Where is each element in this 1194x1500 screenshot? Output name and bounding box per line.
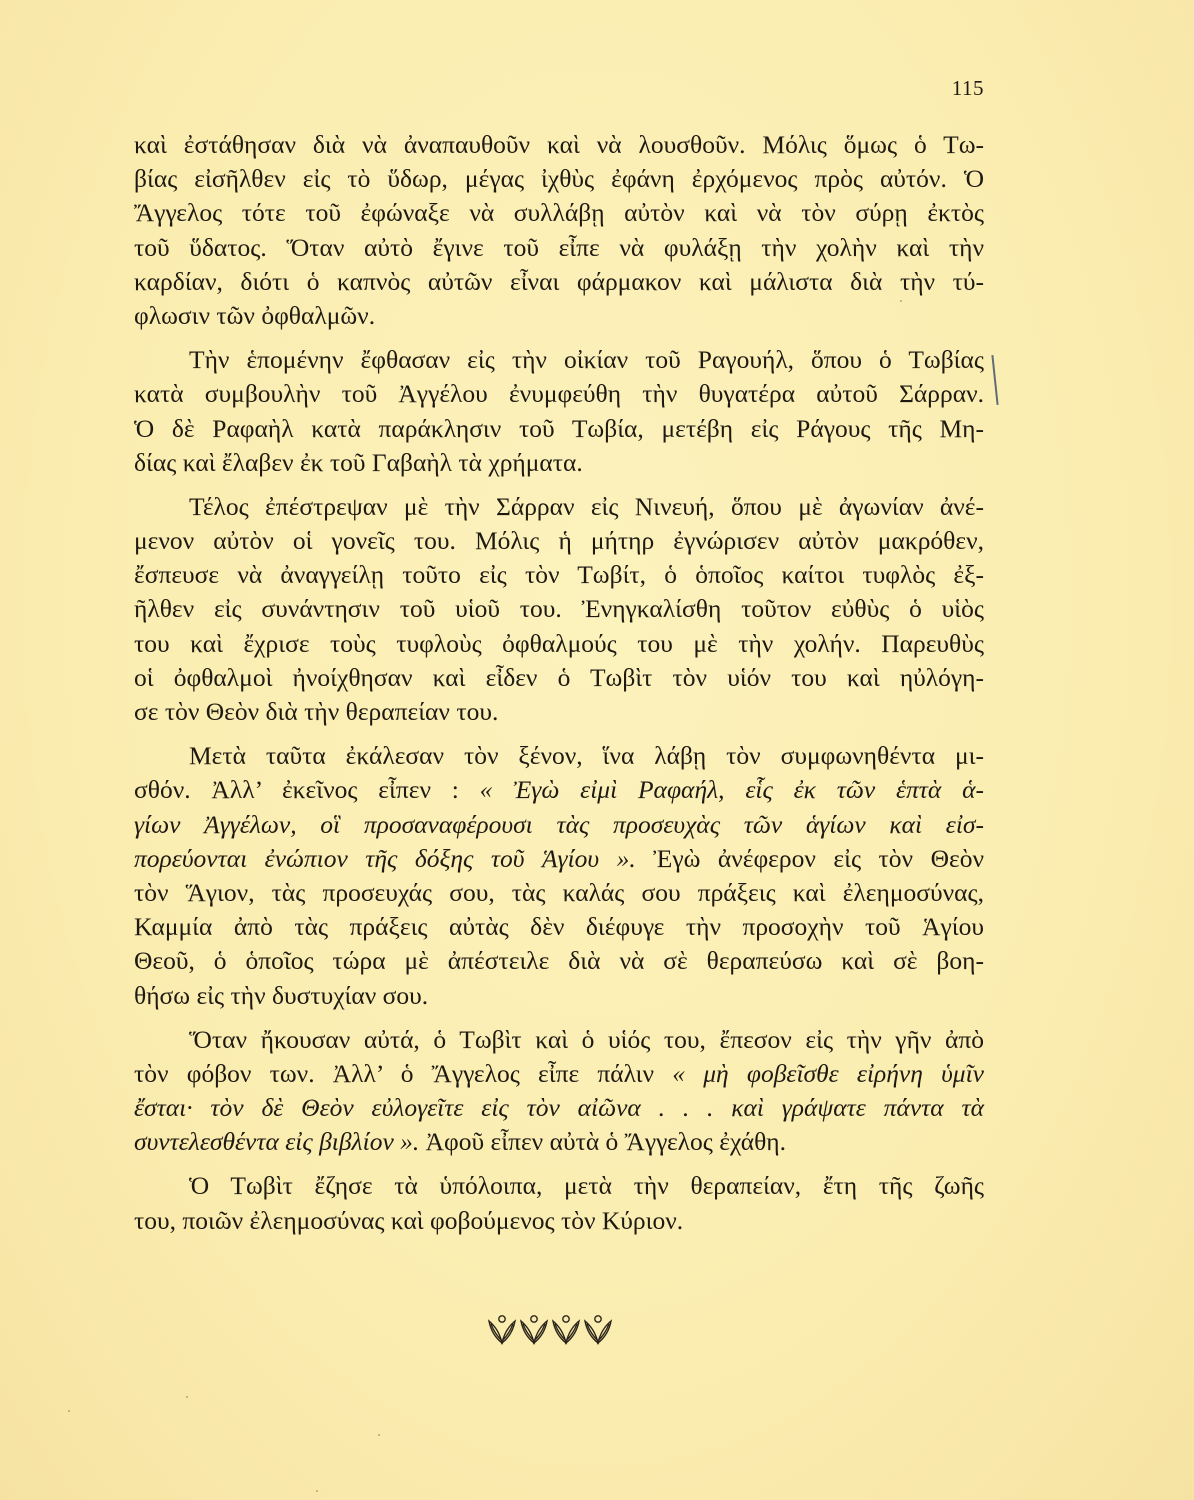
tulip-fleuron-icon: [519, 1312, 549, 1350]
tulip-fleuron-icon: [551, 1312, 581, 1350]
paragraph-gap: [134, 729, 984, 739]
quoted-italic-text: γίων Ἀγγέλων, οἳ προσαναφέρουσι τὰς προσ…: [134, 810, 984, 839]
text-line: βίας εἰσῆλθεν εἰς τὸ ὕδωρ, μέγας ἰχθὺς ἐ…: [134, 162, 984, 196]
quoted-italic-text: πορεύονται ἐνώπιον τῆς δόξης τοῦ Ἁγίου »…: [134, 844, 636, 873]
paragraph-gap: [134, 1159, 984, 1169]
text-line: Ὁ Τωβὶτ ἔζησε τὰ ὑπόλοιπα, μετὰ τὴν θερα…: [134, 1169, 984, 1203]
text-line: σθόν. Ἀλλ’ ἐκεῖνος εἶπεν : « Ἐγὼ εἰμὶ Ρα…: [134, 773, 984, 807]
text-segment: Ὁ δὲ Ραφαὴλ κατὰ παράκλησιν τοῦ Τωβία, μ…: [134, 414, 984, 443]
paper-speck: [900, 300, 902, 302]
text-segment: Θεοῦ, ὁ ὁποῖος τώρα μὲ ἀπέστειλε διὰ νὰ …: [134, 946, 984, 975]
end-ornament: [487, 1312, 613, 1350]
text-line: δίας καὶ ἔλαβεν ἐκ τοῦ Γαβαὴλ τὰ χρήματα…: [134, 446, 984, 480]
text-segment: Ἀφοῦ εἶπεν αὐτὰ ὁ Ἄγγελος ἐχάθη.: [419, 1127, 786, 1156]
paragraph: Ὁ Τωβὶτ ἔζησε τὰ ὑπόλοιπα, μετὰ τὴν θερα…: [134, 1169, 984, 1237]
quoted-italic-text: συντελεσθέντα εἰς βιβλίον ».: [134, 1127, 419, 1156]
text-line: Μετὰ ταῦτα ἐκάλεσαν τὸν ξένον, ἵνα λάβῃ …: [134, 739, 984, 773]
tulip-fleuron-icon: [487, 1312, 517, 1350]
text-segment: τὸν Ἅγιον, τὰς προσευχάς σου, τὰς καλάς …: [134, 878, 984, 907]
text-segment: ἔσπευσε νὰ ἀναγγείλῃ τοῦτο εἰς τὸν Τωβίτ…: [134, 560, 984, 589]
text-line: ἔσται· τὸν δὲ Θεὸν εὐλογεῖτε εἰς τὸν αἰῶ…: [134, 1091, 984, 1125]
paper-speck: [378, 1434, 380, 1436]
text-line: Θεοῦ, ὁ ὁποῖος τώρα μὲ ἀπέστειλε διὰ νὰ …: [134, 944, 984, 978]
text-segment: φλωσιν τῶν ὀφθαλμῶν.: [134, 301, 375, 330]
text-line: καρδίαν, διότι ὁ καπνὸς αὐτῶν εἶναι φάρμ…: [134, 265, 984, 299]
margin-pencil-mark: [991, 355, 998, 405]
text-segment: τοῦ ὕδατος. Ὅταν αὐτὸ ἔγινε τοῦ εἶπε νὰ …: [134, 233, 984, 262]
text-segment: θήσω εἰς τὴν δυστυχίαν σου.: [134, 981, 428, 1010]
text-segment: καὶ ἐστάθησαν διὰ νὰ ἀναπαυθοῦν καὶ νὰ λ…: [134, 130, 984, 159]
text-segment: τὸν φόβον των. Ἀλλ’ ὁ Ἄγγελος εἶπε πάλιν: [134, 1059, 672, 1088]
page-number: 115: [952, 76, 984, 101]
text-line: σε τὸν Θεὸν διὰ τὴν θεραπείαν του.: [134, 695, 984, 729]
text-line: Ὅταν ἤκουσαν αὐτά, ὁ Τωβὶτ καὶ ὁ υἱός το…: [134, 1023, 984, 1057]
text-segment: του καὶ ἔχρισε τοὺς τυφλοὺς ὀφθαλμούς το…: [134, 629, 984, 658]
text-segment: ῆλθεν εἰς συνάντησιν τοῦ υἱοῦ του. Ἐνηγκ…: [134, 594, 984, 623]
quoted-italic-text: ἔσται· τὸν δὲ Θεὸν εὐλογεῖτε εἰς τὸν αἰῶ…: [134, 1093, 984, 1122]
paragraph-gap: [134, 480, 984, 490]
paragraph: Τέλος ἐπέστρεψαν μὲ τὴν Σάρραν εἰς Νινευ…: [134, 490, 984, 729]
paper-speck: [68, 1410, 70, 1412]
paragraph: Μετὰ ταῦτα ἐκάλεσαν τὸν ξένον, ἵνα λάβῃ …: [134, 739, 984, 1013]
paragraph: Ὅταν ἤκουσαν αὐτά, ὁ Τωβὶτ καὶ ὁ υἱός το…: [134, 1023, 984, 1160]
paragraph-gap: [134, 333, 984, 343]
text-line: τὸν φόβον των. Ἀλλ’ ὁ Ἄγγελος εἶπε πάλιν…: [134, 1057, 984, 1091]
text-segment: καρδίαν, διότι ὁ καπνὸς αὐτῶν εἶναι φάρμ…: [134, 267, 984, 296]
text-segment: κατὰ συμβουλὴν τοῦ Ἀγγέλου ἐνυμφεύθη τὴν…: [134, 379, 984, 408]
text-line: τὸν Ἅγιον, τὰς προσευχάς σου, τὰς καλάς …: [134, 876, 984, 910]
body-text: καὶ ἐστάθησαν διὰ νὰ ἀναπαυθοῦν καὶ νὰ λ…: [134, 128, 984, 1238]
text-line: οἱ ὀφθαλμοὶ ἠνοίχθησαν καὶ εἶδεν ὁ Τωβὶτ…: [134, 661, 984, 695]
text-segment: Ὁ Τωβὶτ ἔζησε τὰ ὑπόλοιπα, μετὰ τὴν θερα…: [189, 1171, 984, 1200]
text-line: μενον αὐτὸν οἱ γονεῖς του. Μόλις ἡ μήτηρ…: [134, 524, 984, 558]
text-segment: μενον αὐτὸν οἱ γονεῖς του. Μόλις ἡ μήτηρ…: [134, 526, 984, 555]
quoted-italic-text: « μὴ φοβεῖσθε εἰρήνη ὑμῖν: [672, 1059, 984, 1088]
text-line: κατὰ συμβουλὴν τοῦ Ἀγγέλου ἐνυμφεύθη τὴν…: [134, 377, 984, 411]
text-segment: δίας καὶ ἔλαβεν ἐκ τοῦ Γαβαὴλ τὰ χρήματα…: [134, 448, 583, 477]
text-segment: Ἄγγελος τότε τοῦ ἐφώναξε νὰ συλλάβῃ αὐτὸ…: [134, 198, 984, 227]
text-line: Ὁ δὲ Ραφαὴλ κατὰ παράκλησιν τοῦ Τωβία, μ…: [134, 412, 984, 446]
text-segment: Ἐγὼ ἀνέφερον εἰς τὸν Θεὸν: [636, 844, 984, 873]
text-segment: σε τὸν Θεὸν διὰ τὴν θεραπείαν του.: [134, 697, 498, 726]
text-line: του, ποιῶν ἐλεημοσύνας καὶ φοβούμενος τὸ…: [134, 1204, 984, 1238]
text-line: τοῦ ὕδατος. Ὅταν αὐτὸ ἔγινε τοῦ εἶπε νὰ …: [134, 231, 984, 265]
text-line: καὶ ἐστάθησαν διὰ νὰ ἀναπαυθοῦν καὶ νὰ λ…: [134, 128, 984, 162]
text-segment: Μετὰ ταῦτα ἐκάλεσαν τὸν ξένον, ἵνα λάβῃ …: [189, 741, 984, 770]
text-line: φλωσιν τῶν ὀφθαλμῶν.: [134, 299, 984, 333]
text-line: γίων Ἀγγέλων, οἳ προσαναφέρουσι τὰς προσ…: [134, 808, 984, 842]
text-line: του καὶ ἔχρισε τοὺς τυφλοὺς ὀφθαλμούς το…: [134, 627, 984, 661]
text-line: πορεύονται ἐνώπιον τῆς δόξης τοῦ Ἁγίου »…: [134, 842, 984, 876]
text-segment: Τέλος ἐπέστρεψαν μὲ τὴν Σάρραν εἰς Νινευ…: [189, 492, 984, 521]
text-line: ἔσπευσε νὰ ἀναγγείλῃ τοῦτο εἰς τὸν Τωβίτ…: [134, 558, 984, 592]
text-line: συντελεσθέντα εἰς βιβλίον ». Ἀφοῦ εἶπεν …: [134, 1125, 984, 1159]
paragraph-gap: [134, 1013, 984, 1023]
text-segment: Ὅταν ἤκουσαν αὐτά, ὁ Τωβὶτ καὶ ὁ υἱός το…: [189, 1025, 984, 1054]
text-segment: βίας εἰσῆλθεν εἰς τὸ ὕδωρ, μέγας ἰχθὺς ἐ…: [134, 164, 984, 193]
text-line: θήσω εἰς τὴν δυστυχίαν σου.: [134, 979, 984, 1013]
paragraph: Τὴν ἑπομένην ἔφθασαν εἰς τὴν οἰκίαν τοῦ …: [134, 343, 984, 480]
paragraph: καὶ ἐστάθησαν διὰ νὰ ἀναπαυθοῦν καὶ νὰ λ…: [134, 128, 984, 333]
text-line: ῆλθεν εἰς συνάντησιν τοῦ υἱοῦ του. Ἐνηγκ…: [134, 592, 984, 626]
text-line: Τέλος ἐπέστρεψαν μὲ τὴν Σάρραν εἰς Νινευ…: [134, 490, 984, 524]
paper-speck: [316, 1490, 318, 1492]
text-segment: σθόν. Ἀλλ’ ἐκεῖνος εἶπεν :: [134, 775, 480, 804]
text-line: Καμμία ἀπὸ τὰς πράξεις αὐτὰς δὲν διέφυγε…: [134, 910, 984, 944]
paper-speck: [186, 1396, 188, 1398]
text-segment: οἱ ὀφθαλμοὶ ἠνοίχθησαν καὶ εἶδεν ὁ Τωβὶτ…: [134, 663, 984, 692]
book-page: 115 καὶ ἐστάθησαν διὰ νὰ ἀναπαυθοῦν καὶ …: [0, 0, 1194, 1500]
text-segment: Καμμία ἀπὸ τὰς πράξεις αὐτὰς δὲν διέφυγε…: [134, 912, 984, 941]
quoted-italic-text: « Ἐγὼ εἰμὶ Ραφαήλ, εἷς ἐκ τῶν ἑπτὰ ἁ-: [480, 775, 984, 804]
text-segment: του, ποιῶν ἐλεημοσύνας καὶ φοβούμενος τὸ…: [134, 1206, 683, 1235]
text-line: Τὴν ἑπομένην ἔφθασαν εἰς τὴν οἰκίαν τοῦ …: [134, 343, 984, 377]
text-segment: Τὴν ἑπομένην ἔφθασαν εἰς τὴν οἰκίαν τοῦ …: [189, 345, 984, 374]
text-line: Ἄγγελος τότε τοῦ ἐφώναξε νὰ συλλάβῃ αὐτὸ…: [134, 196, 984, 230]
tulip-fleuron-icon: [583, 1312, 613, 1350]
